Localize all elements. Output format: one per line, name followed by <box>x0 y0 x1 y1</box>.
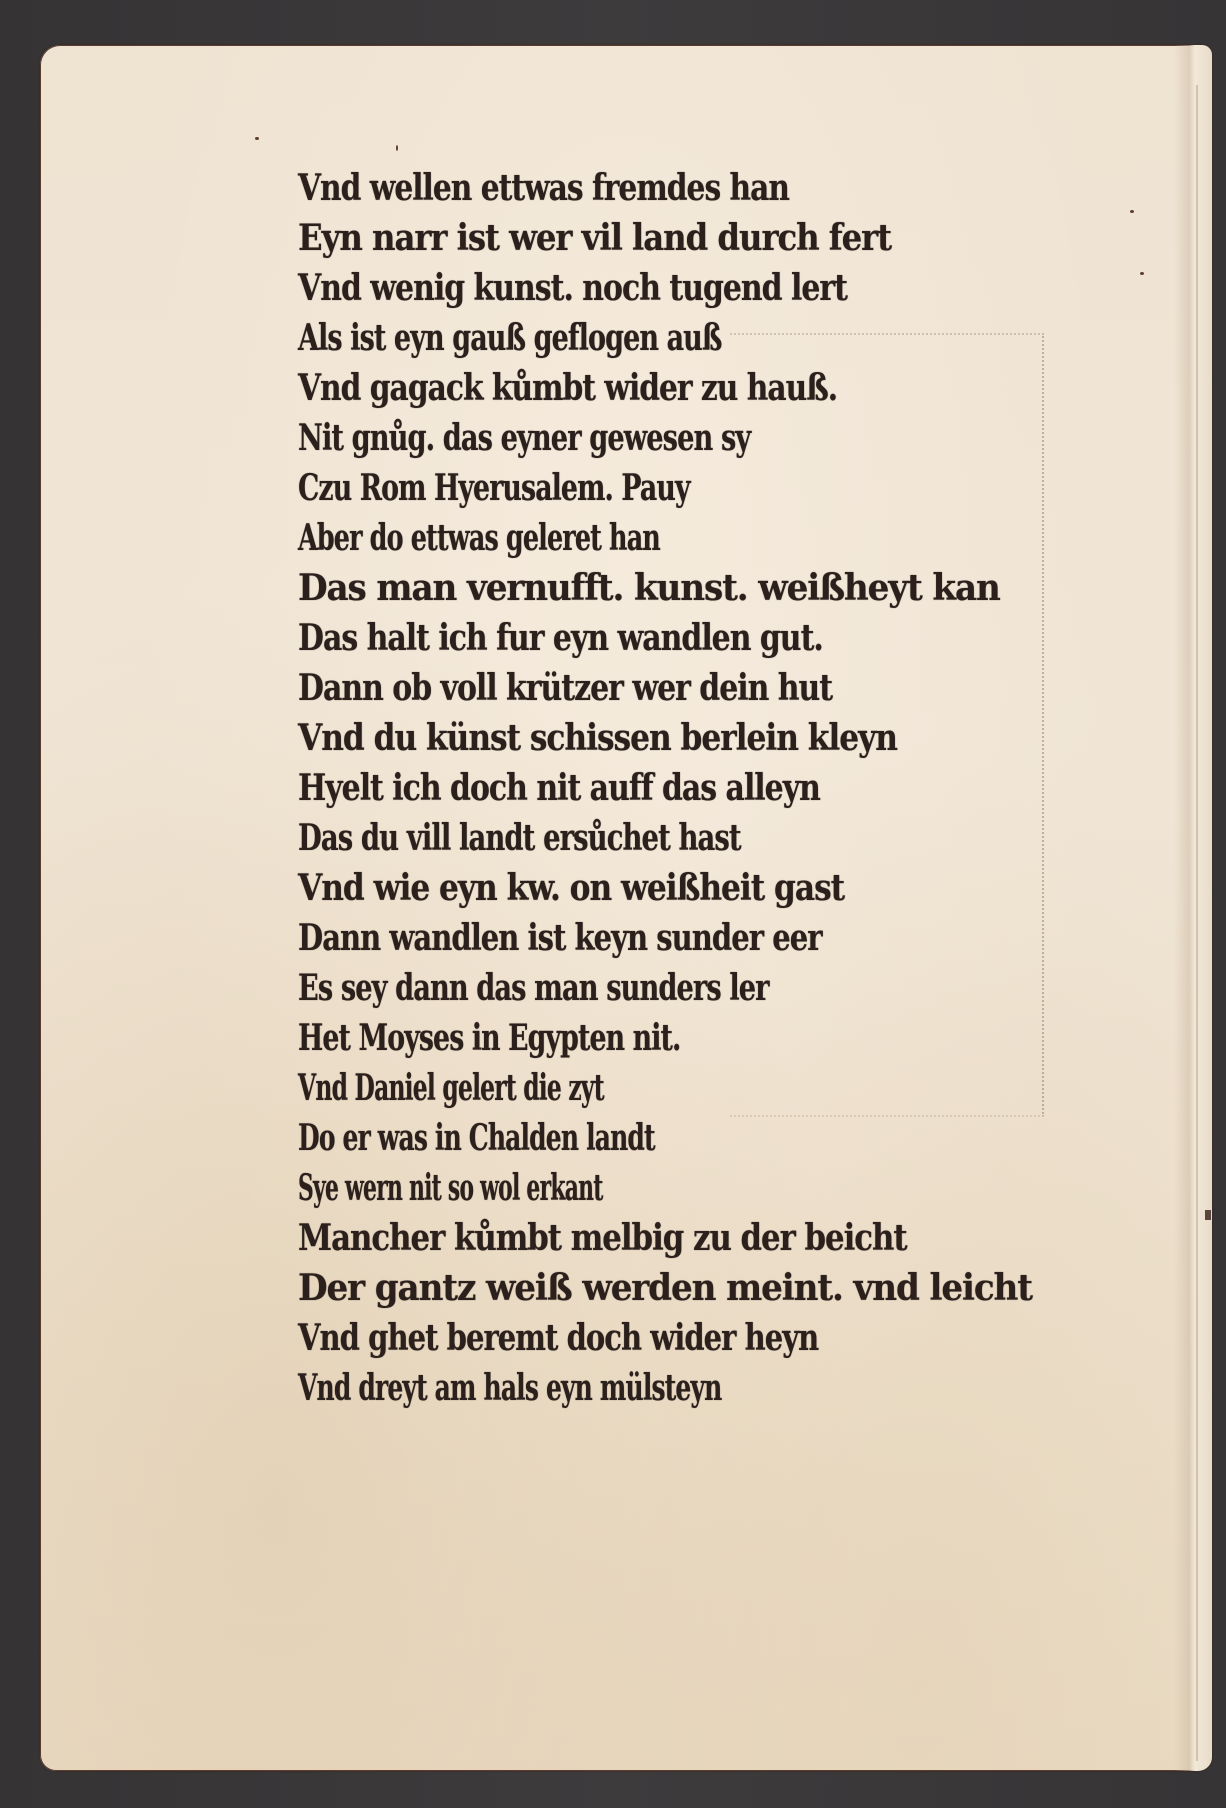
text-line: Das halt ich fur eyn wandlen gut. <box>298 613 963 663</box>
text-line: Vnd du künst schissen berlein kleyn <box>298 713 993 763</box>
text-line: Vnd wenig kunst. noch tugend lert <box>298 263 963 313</box>
text-line: Aber do ettwas geleret han <box>298 513 863 563</box>
gutter-shadow <box>1196 85 1198 1761</box>
text-line: Es sey dann das man sunders ler <box>298 963 903 1013</box>
text-line: Vnd wie eyn kw. on weißheit gast <box>298 863 993 913</box>
text-line: Het Moyses in Egypten nit. <box>298 1013 893 1063</box>
text-line: Das du vill landt ersůchet hast <box>298 813 908 863</box>
blackletter-text-block: Vnd wellen ettwas fremdes hanEyn narr is… <box>298 163 1098 1413</box>
text-line: Czu Rom Hyerusalem. Pauy <box>298 463 893 513</box>
text-line: Vnd wellen ettwas fremdes han <box>298 163 958 213</box>
text-line: Als ist eyn gauß geflogen auß <box>298 313 898 363</box>
adjacent-page-mark <box>1205 1210 1211 1220</box>
text-line: Dann wandlen ist keyn sunder eer <box>298 913 943 963</box>
text-line: Das man vernufft. kunst. weißheyt kan <box>298 563 1058 613</box>
paper-speck <box>255 137 259 140</box>
text-line: Vnd Daniel gelert die zyt <box>298 1063 818 1113</box>
paper-speck <box>396 145 398 151</box>
text-line: Vnd gagack kůmbt wider zu hauß. <box>298 363 958 413</box>
text-line: Dann ob voll krützer wer dein hut <box>298 663 963 713</box>
text-line: Mancher kůmbt melbig zu der beicht <box>298 1213 983 1263</box>
text-line: Vnd ghet beremt doch wider heyn <box>298 1313 943 1363</box>
text-line: Sye wern nit so wol erkant <box>298 1163 783 1213</box>
text-line: Eyn narr ist wer vil land durch fert <box>298 213 1018 263</box>
text-line: Hyelt ich doch nit auff das alleyn <box>298 763 963 813</box>
text-line: Der gantz weiß werden meint. vnd leicht <box>298 1263 1058 1313</box>
paper-speck <box>1130 210 1134 213</box>
page-right-edge <box>1174 45 1212 1771</box>
paper-speck <box>1140 272 1144 275</box>
text-line: Vnd dreyt am hals eyn mülsteyn <box>298 1363 853 1413</box>
text-line: Nit gnůg. das eyner gewesen sy <box>298 413 903 463</box>
text-line: Do er was in Chalden landt <box>298 1113 853 1163</box>
